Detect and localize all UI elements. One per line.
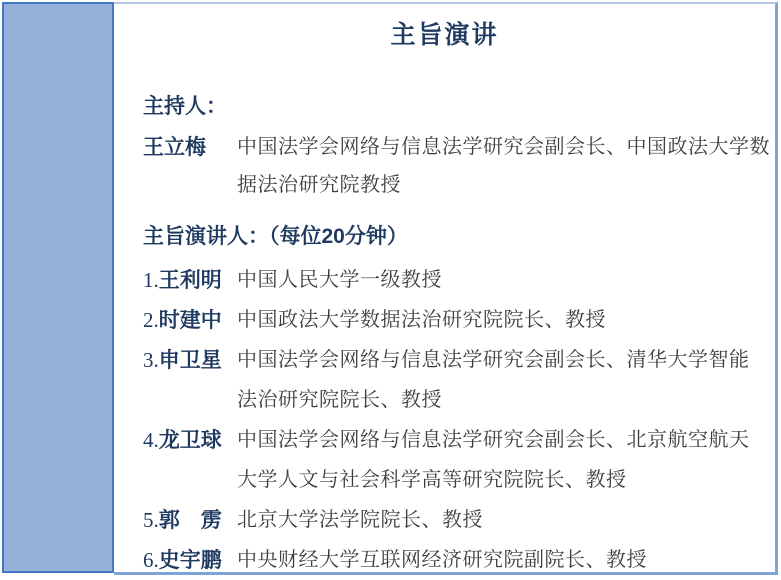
speaker-entry: 1.王利明 中国人民大学一级教授 [143, 260, 775, 300]
speakers-list: 1.王利明 中国人民大学一级教授 2.时建中 中国政法大学数据法治研究院院长、教… [143, 260, 775, 575]
description-line: 北京大学法学院院长、教授 [237, 500, 775, 540]
speaker-entry: 6.史宇鹏 中央财经大学互联网经济研究院副院长、教授 [143, 540, 775, 575]
description-line: 大学人文与社会科学高等研究院院长、教授 [237, 460, 775, 500]
program-page: 主旨演讲 主持人： 王立梅 中国法学会网络与信息法学研究会副会长、中国政法大学数… [0, 0, 781, 580]
description-line: 中央财经大学互联网经济研究院副院长、教授 [237, 540, 775, 575]
moderator-name: 王立梅 [143, 128, 237, 166]
speaker-entry: 3.申卫星 中国法学会网络与信息法学研究会副会长、清华大学智能 法治研究院院长、… [143, 340, 775, 420]
speaker-name: 6.史宇鹏 [143, 540, 237, 575]
speaker-name: 5.郭 雳 [143, 500, 237, 540]
speaker-description: 中国政法大学数据法治研究院院长、教授 [237, 300, 775, 340]
speaker-description: 北京大学法学院院长、教授 [237, 500, 775, 540]
description-line: 中国政法大学数据法治研究院院长、教授 [237, 300, 775, 340]
description-line: 据法治研究院教授 [237, 166, 775, 204]
speaker-entry: 2.时建中 中国政法大学数据法治研究院院长、教授 [143, 300, 775, 340]
speaker-number: 5. [143, 508, 159, 532]
speaker-name: 2.时建中 [143, 300, 237, 340]
speaker-number: 4. [143, 428, 159, 452]
speaker-number: 1. [143, 268, 159, 292]
moderator-label: 主持人： [143, 92, 775, 121]
page-title: 主旨演讲 [143, 20, 746, 50]
description-line: 中国法学会网络与信息法学研究会副会长、中国政法大学数 [237, 128, 775, 166]
speaker-entry: 5.郭 雳 北京大学法学院院长、教授 [143, 500, 775, 540]
description-line: 中国法学会网络与信息法学研究会副会长、北京航空航天 [237, 420, 775, 460]
speaker-description: 中央财经大学互联网经济研究院副院长、教授 [237, 540, 775, 575]
speaker-description: 中国法学会网络与信息法学研究会副会长、北京航空航天 大学人文与社会科学高等研究院… [237, 420, 775, 500]
speaker-number: 6. [143, 548, 159, 572]
moderator-description: 中国法学会网络与信息法学研究会副会长、中国政法大学数 据法治研究院教授 [237, 128, 775, 204]
speakers-label: 主旨演讲人：（每位20分钟） [143, 222, 775, 251]
content-cell: 主旨演讲 主持人： 王立梅 中国法学会网络与信息法学研究会副会长、中国政法大学数… [114, 2, 778, 575]
moderator-section: 主持人： 王立梅 中国法学会网络与信息法学研究会副会长、中国政法大学数 据法治研… [143, 92, 775, 204]
speaker-number: 2. [143, 308, 159, 332]
description-line: 法治研究院院长、教授 [237, 380, 775, 420]
left-sidebar-cell [2, 2, 114, 573]
speaker-name: 1.王利明 [143, 260, 237, 300]
speakers-section: 主旨演讲人：（每位20分钟） 1.王利明 中国人民大学一级教授 2.时建中 中国… [143, 222, 775, 575]
speaker-description: 中国法学会网络与信息法学研究会副会长、清华大学智能 法治研究院院长、教授 [237, 340, 775, 420]
moderator-entry: 王立梅 中国法学会网络与信息法学研究会副会长、中国政法大学数 据法治研究院教授 [143, 128, 775, 204]
speaker-entry: 4.龙卫球 中国法学会网络与信息法学研究会副会长、北京航空航天 大学人文与社会科… [143, 420, 775, 500]
speaker-name: 3.申卫星 [143, 340, 237, 380]
speaker-number: 3. [143, 348, 159, 372]
description-line: 中国法学会网络与信息法学研究会副会长、清华大学智能 [237, 340, 775, 380]
speaker-description: 中国人民大学一级教授 [237, 260, 775, 300]
speaker-name: 4.龙卫球 [143, 420, 237, 460]
description-line: 中国人民大学一级教授 [237, 260, 775, 300]
